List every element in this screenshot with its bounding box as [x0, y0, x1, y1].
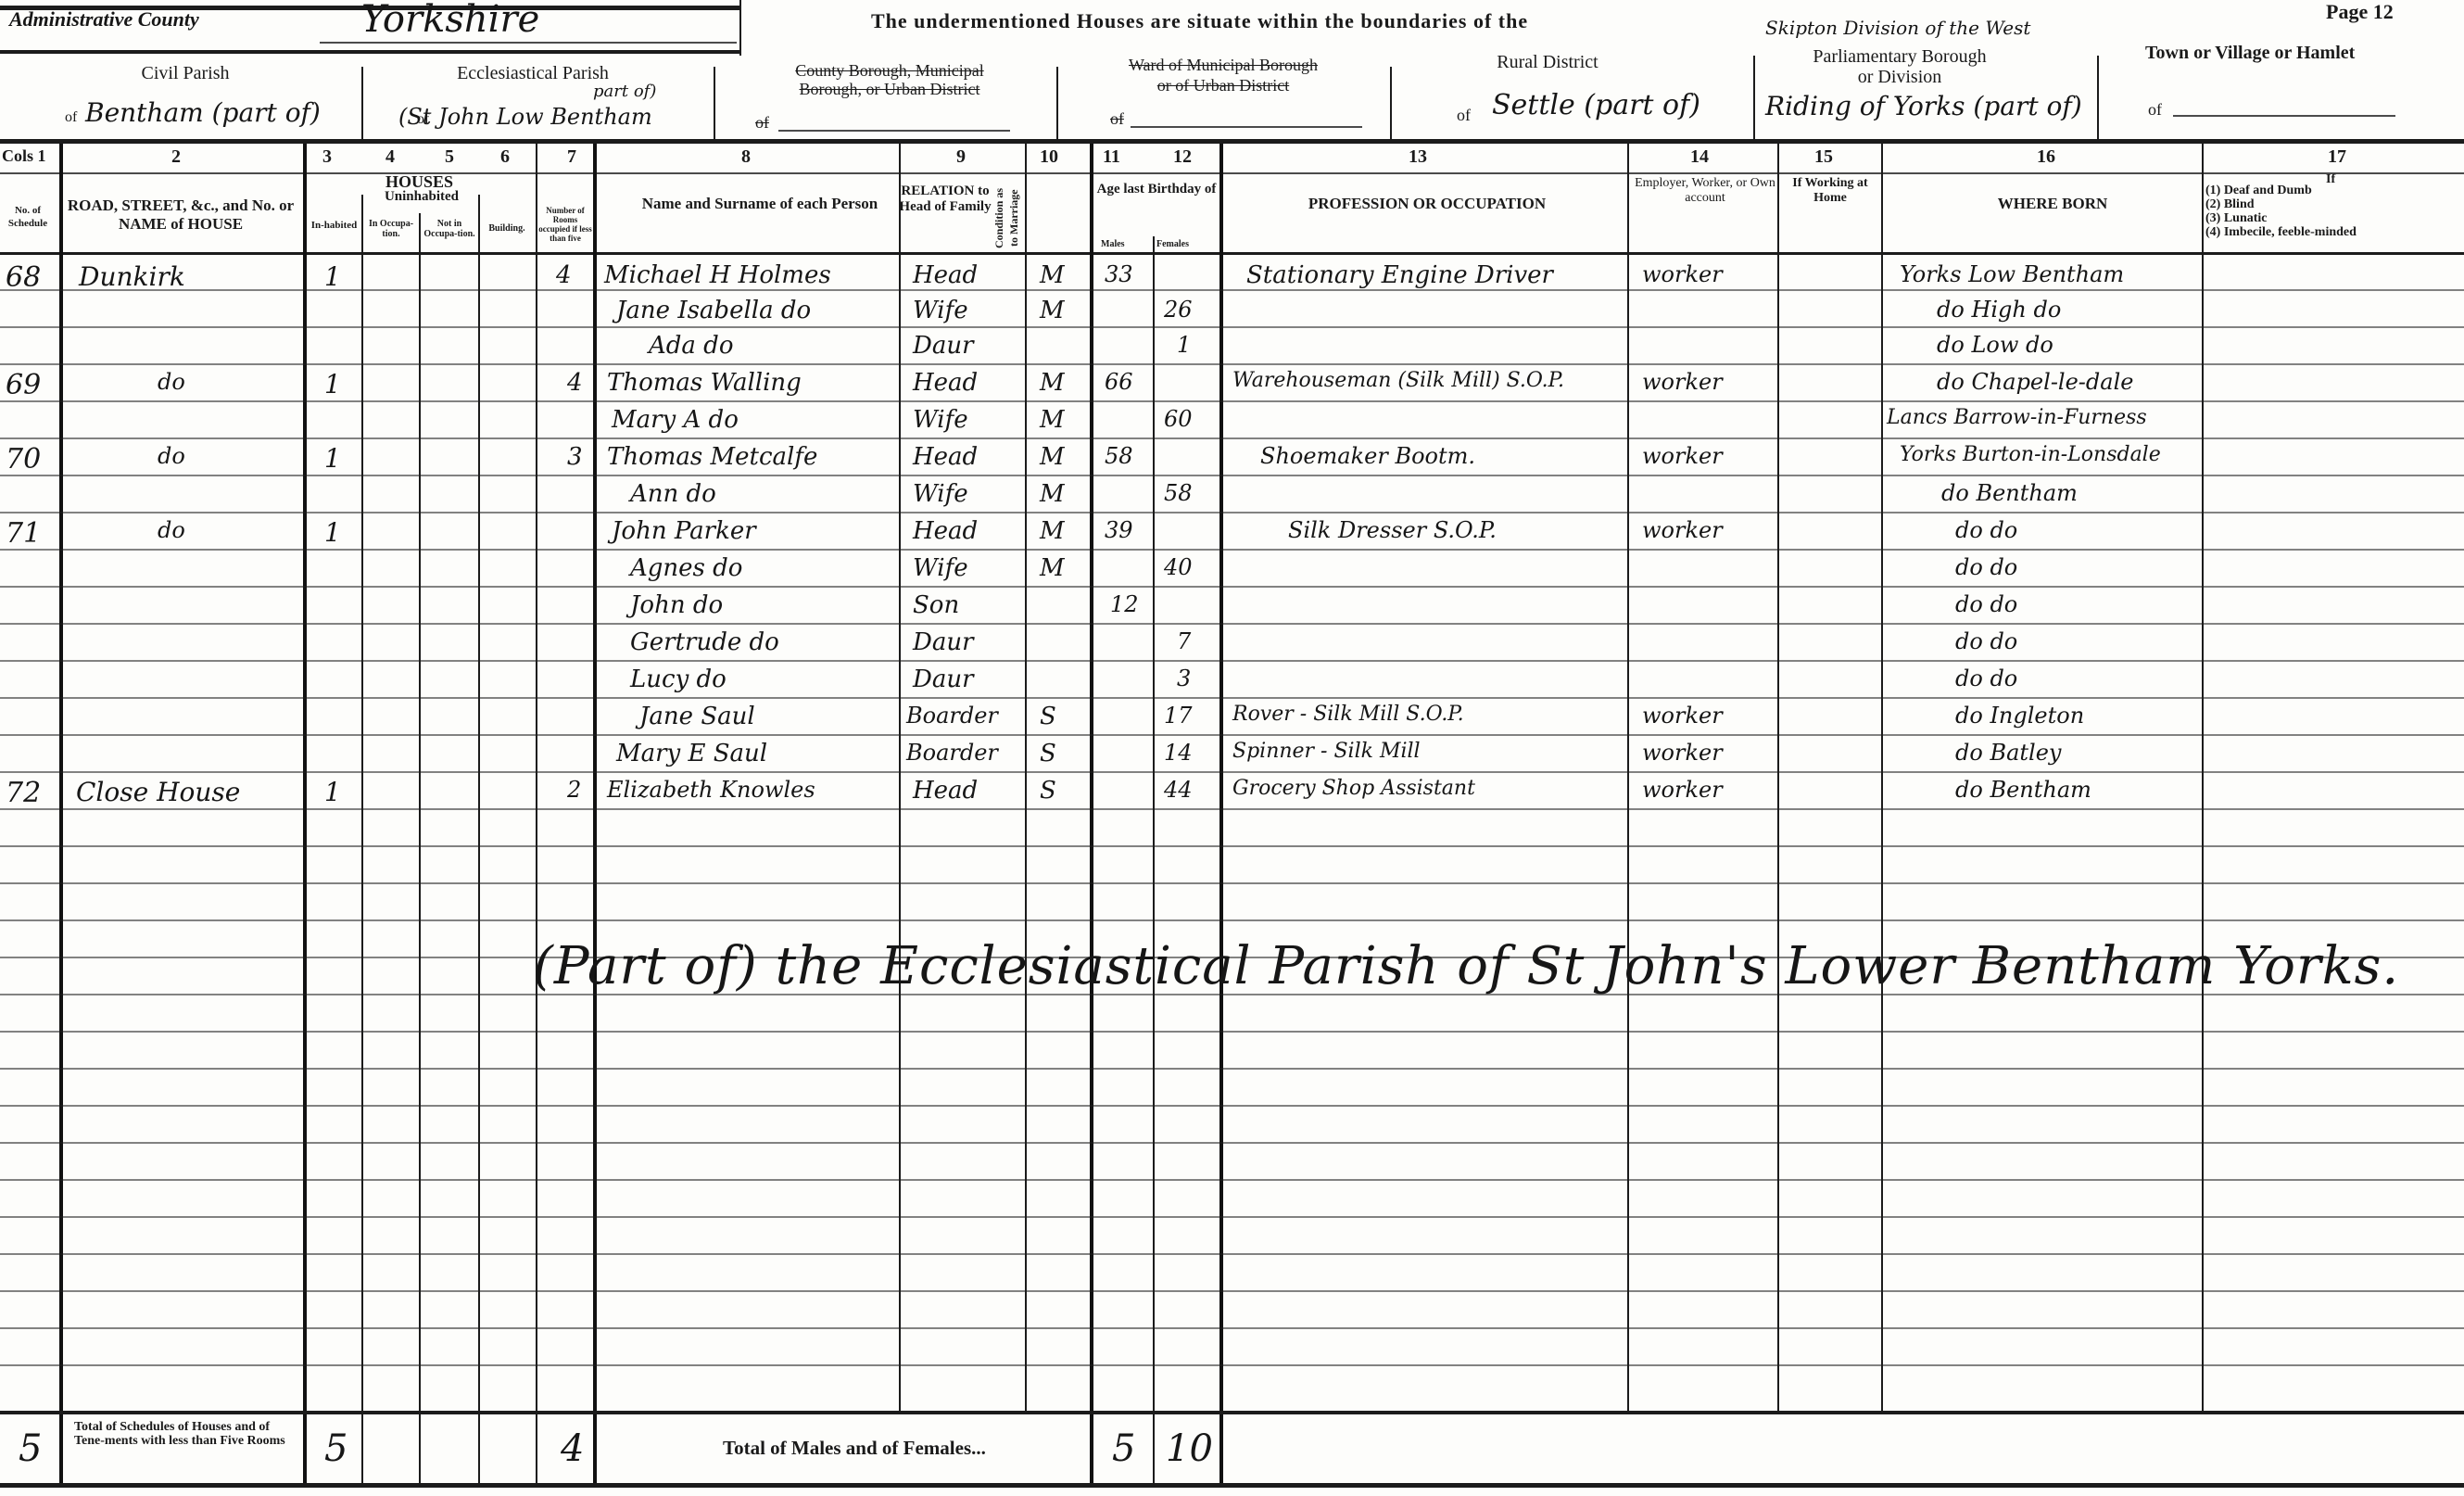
header-rooms: Number of Rooms occupied if less than fi… — [537, 206, 593, 243]
relation: Boarder — [906, 703, 998, 729]
schedule-number: 68 — [6, 261, 41, 294]
address: Dunkirk — [79, 261, 185, 292]
condition: M — [1040, 554, 1065, 582]
fill-line — [2173, 115, 2395, 117]
col-num: 5 — [445, 146, 454, 168]
occupation: Rover - Silk Mill S.O.P. — [1232, 703, 1464, 726]
of-label: of — [1457, 106, 1471, 125]
age-female: 60 — [1164, 406, 1193, 432]
birthplace: Yorks Burton-in-Lonsdale — [1900, 443, 2161, 466]
page-number: Page 12 — [2326, 0, 2394, 24]
col-num: Cols 1 — [2, 146, 46, 166]
col-num: 11 — [1103, 146, 1120, 168]
occupation: Warehouseman (Silk Mill) S.O.P. — [1232, 369, 1564, 392]
row-rule — [0, 1105, 2464, 1107]
person-name: Gertrude do — [630, 628, 779, 656]
birthplace: do do — [1955, 517, 2017, 543]
birthplace: do Bentham — [1941, 480, 2078, 506]
rooms-count: 2 — [567, 777, 581, 803]
row-rule — [0, 1068, 2464, 1070]
condition: M — [1040, 480, 1065, 508]
fill-line — [320, 42, 737, 44]
birthplace: do High do — [1937, 297, 2061, 323]
total-rooms: 4 — [561, 1427, 584, 1470]
birthplace: do do — [1955, 554, 2017, 580]
relation: Head — [913, 369, 978, 397]
header-infirmity-1: (1) Deaf and Dumb — [2205, 184, 2312, 197]
age-male: 66 — [1105, 369, 1133, 395]
row-rule — [0, 1142, 2464, 1144]
person-name: Michael H Holmes — [604, 261, 831, 289]
relation: Daur — [913, 666, 974, 693]
page-bottom-border — [0, 1483, 2464, 1488]
relation: Head — [913, 261, 978, 289]
of-label: of — [755, 113, 769, 133]
person-name: John Parker — [612, 517, 756, 545]
employer-status: worker — [1642, 777, 1723, 803]
row-rule — [0, 882, 2464, 884]
divider — [739, 0, 741, 56]
row-rule — [0, 363, 2464, 365]
address: do — [158, 369, 185, 395]
row-rule — [0, 289, 2464, 291]
relation: Head — [913, 443, 978, 471]
person-name: Ada do — [649, 332, 733, 360]
relation: Boarder — [906, 740, 998, 766]
person-name: Mary A do — [612, 406, 739, 434]
of-label: of — [2148, 100, 2162, 120]
header-infirmity-if: If — [2326, 172, 2335, 187]
address: do — [158, 443, 185, 469]
col-num: 10 — [1040, 146, 1058, 168]
occupation: Spinner - Silk Mill — [1232, 740, 1421, 763]
age-male: 12 — [1110, 591, 1139, 617]
rooms-count: 4 — [567, 369, 583, 397]
fill-line — [778, 130, 1010, 132]
row-rule — [0, 771, 2464, 773]
col-line — [59, 144, 63, 1488]
col-line — [899, 144, 901, 1414]
row-rule — [0, 697, 2464, 699]
inhabited-count: 1 — [324, 369, 341, 399]
birthplace: do Chapel-le-dale — [1937, 369, 2133, 395]
col-line — [2202, 144, 2204, 1414]
person-name: Agnes do — [630, 554, 742, 582]
col-num: 8 — [741, 146, 751, 168]
person-name: Jane Saul — [639, 703, 755, 730]
admin-county-value: Yorkshire — [361, 0, 539, 41]
col-num: 4 — [385, 146, 395, 168]
age-female: 1 — [1177, 332, 1191, 358]
header-infirmity-3: (3) Lunatic — [2205, 211, 2268, 225]
occupation: Stationary Engine Driver — [1246, 261, 1553, 289]
col-line — [1025, 144, 1027, 1414]
col-num: 16 — [2037, 146, 2055, 168]
header-working-home: If Working at Home — [1779, 176, 1881, 206]
col-line — [1090, 144, 1093, 1488]
employer-status: worker — [1642, 261, 1723, 287]
header-infirmity-4: (4) Imbecile, feeble-minded — [2205, 225, 2391, 239]
col-num: 3 — [322, 146, 332, 168]
admin-county-label: Administrative County — [9, 7, 199, 32]
col-num: 9 — [956, 146, 966, 168]
row-rule — [0, 512, 2464, 513]
divider — [714, 67, 715, 139]
parliamentary-note: Skipton Division of the West — [1765, 17, 2030, 39]
person-name: Thomas Metcalfe — [607, 443, 817, 471]
header-infirmity-2: (2) Blind — [2205, 197, 2255, 211]
age-female: 3 — [1177, 666, 1191, 691]
inhabited-count: 1 — [324, 777, 341, 807]
schedule-number: 69 — [6, 369, 41, 401]
col-line — [1153, 236, 1155, 1488]
row-rule — [0, 623, 2464, 625]
employer-status: worker — [1642, 369, 1723, 395]
col-line — [593, 144, 597, 1488]
relation: Head — [913, 777, 978, 805]
header-age: Age last Birthday of — [1092, 182, 1221, 197]
rooms-count: 3 — [567, 443, 583, 471]
col-num: 17 — [2328, 146, 2346, 168]
ward-label-2: or of Urban District — [1075, 76, 1371, 95]
row-rule — [0, 437, 2464, 439]
county-borough-label: County Borough, Municipal — [741, 61, 1038, 81]
person-name: Lucy do — [630, 666, 727, 693]
person-name: Elizabeth Knowles — [607, 777, 815, 803]
person-name: Jane Isabella do — [616, 297, 811, 324]
row-rule — [0, 400, 2464, 402]
rooms-count: 4 — [556, 261, 572, 289]
condition: M — [1040, 517, 1065, 545]
col-num: 7 — [567, 146, 576, 168]
age-female: 17 — [1164, 703, 1193, 729]
relation: Wife — [913, 297, 968, 324]
schedule-number: 72 — [6, 777, 41, 809]
age-male: 58 — [1105, 443, 1133, 469]
header-where-born: WHERE BORN — [1881, 195, 2224, 213]
column-header-bottom — [0, 252, 2464, 255]
header-condition: Condition as to Marriage — [992, 185, 1055, 250]
col-num: 15 — [1814, 146, 1833, 168]
condition: M — [1040, 369, 1065, 397]
col-line — [1627, 144, 1629, 1414]
header-uninhabited: Uninhabited — [361, 189, 482, 205]
birthplace: do do — [1955, 666, 2017, 691]
divider — [1056, 67, 1058, 139]
header-females: Females — [1156, 239, 1189, 249]
col-num: 13 — [1409, 146, 1427, 168]
header-inhabited: In-habited — [309, 219, 360, 232]
relation: Daur — [913, 332, 974, 360]
age-female: 7 — [1177, 628, 1191, 654]
birthplace: do Ingleton — [1955, 703, 2084, 729]
ward-label: Ward of Municipal Borough — [1075, 56, 1371, 75]
birthplace: Yorks Low Bentham — [1900, 261, 2124, 287]
row-rule — [0, 1216, 2464, 1218]
employer-status: worker — [1642, 517, 1723, 543]
ecclesiastical-parish-value: (St John Low Bentham — [398, 104, 652, 130]
age-male: 39 — [1105, 517, 1133, 543]
col-num: 12 — [1173, 146, 1192, 168]
row-rule — [0, 660, 2464, 662]
condition: S — [1040, 740, 1056, 767]
relation: Son — [913, 591, 959, 619]
person-name: Mary E Saul — [616, 740, 767, 767]
employer-status: worker — [1642, 703, 1723, 729]
person-name: Thomas Walling — [607, 369, 802, 397]
rural-district-label: Rural District — [1446, 52, 1649, 73]
header-males: Males — [1101, 239, 1125, 249]
fill-line — [1131, 126, 1362, 128]
header-name: Name and Surname of each Person — [612, 195, 908, 213]
col-line — [1219, 144, 1223, 1488]
person-name: John do — [630, 591, 723, 619]
total-houses-label: Total of Schedules of Houses and of Tene… — [74, 1420, 297, 1448]
row-rule — [0, 845, 2464, 847]
total-inhabited: 5 — [324, 1427, 347, 1470]
civil-parish-label: Civil Parish — [56, 63, 315, 84]
age-female: 40 — [1164, 554, 1193, 580]
col-line — [419, 213, 421, 1488]
age-female: 26 — [1164, 297, 1193, 323]
birthplace: Lancs Barrow-in-Furness — [1887, 406, 2147, 429]
ecclesiastical-parish-note: part of) — [593, 82, 656, 101]
header-relation: RELATION to Head of Family — [899, 184, 992, 215]
header-in-occupation: In Occupa-tion. — [363, 219, 419, 239]
relation: Wife — [913, 554, 968, 582]
row-rule — [0, 1179, 2464, 1181]
inhabited-count: 1 — [324, 517, 341, 548]
col-line — [536, 144, 537, 1488]
civil-parish-value: Bentham (part of) — [85, 97, 321, 128]
row-rule — [0, 1031, 2464, 1033]
condition: S — [1040, 703, 1056, 730]
header-employer: Employer, Worker, or Own account — [1631, 176, 1779, 206]
of-label: of — [1110, 109, 1124, 129]
divider — [361, 67, 363, 139]
schedule-number: 71 — [6, 517, 41, 550]
row-rule — [0, 1253, 2464, 1255]
col-line — [303, 144, 307, 1488]
occupation: Silk Dresser S.O.P. — [1288, 517, 1497, 543]
row-rule — [0, 1290, 2464, 1292]
relation: Wife — [913, 406, 968, 434]
parliamentary-value: Riding of Yorks (part of) — [1765, 91, 2082, 121]
relation: Head — [913, 517, 978, 545]
header-occupation: PROFESSION OR OCCUPATION — [1223, 195, 1631, 213]
age-female: 44 — [1164, 777, 1193, 803]
birthplace: do do — [1955, 591, 2017, 617]
rural-district-value: Settle (part of) — [1492, 89, 1700, 121]
parliamentary-label: Parliamentary Borough — [1761, 46, 2039, 68]
row-rule — [0, 808, 2464, 810]
relation: Daur — [913, 628, 974, 656]
condition: M — [1040, 443, 1065, 471]
condition: S — [1040, 777, 1056, 805]
row-rule — [0, 475, 2464, 476]
total-males: 5 — [1112, 1427, 1135, 1470]
col-num: 6 — [500, 146, 510, 168]
col-line — [1881, 144, 1883, 1414]
inhabited-count: 1 — [324, 443, 341, 474]
birthplace: do do — [1955, 628, 2017, 654]
header-road: ROAD, STREET, &c., and No. or NAME of HO… — [65, 197, 297, 234]
birthplace: do Batley — [1955, 740, 2061, 766]
intro-text: The undermentioned Houses are situate wi… — [871, 9, 1528, 33]
county-borough-label-2: Borough, or Urban District — [741, 80, 1038, 99]
census-page: Administrative County Yorkshire The unde… — [0, 0, 2464, 1496]
age-female: 14 — [1164, 740, 1193, 766]
row-rule — [0, 549, 2464, 551]
condition: M — [1040, 406, 1065, 434]
condition: M — [1040, 297, 1065, 324]
header-bottom-border — [0, 139, 2464, 144]
parliamentary-label-2: or Division — [1761, 67, 2039, 88]
address: do — [158, 517, 185, 543]
total-schedules: 5 — [19, 1427, 42, 1470]
col-line — [478, 195, 480, 1488]
col-line — [1777, 144, 1779, 1414]
divider — [1753, 56, 1755, 139]
town-label: Town or Village or Hamlet — [2145, 43, 2355, 64]
employer-status: worker — [1642, 740, 1723, 766]
col-line — [361, 195, 363, 1488]
header-schedule: No. of Schedule — [0, 204, 56, 230]
address: Close House — [76, 777, 240, 807]
divider — [1390, 67, 1392, 139]
person-name: Ann do — [630, 480, 716, 508]
of-label: of — [65, 109, 77, 126]
divider — [0, 50, 741, 54]
relation: Wife — [913, 480, 968, 508]
divider — [2097, 56, 2099, 139]
row-rule — [0, 1364, 2464, 1366]
header-building: Building. — [480, 222, 534, 235]
header-not-in-occupation: Not in Occupa-tion. — [422, 219, 477, 239]
inhabited-count: 1 — [324, 261, 341, 292]
employer-status: worker — [1642, 443, 1723, 469]
total-females: 10 — [1166, 1427, 1213, 1470]
occupation: Grocery Shop Assistant — [1232, 777, 1475, 800]
totals-top-border — [0, 1411, 2464, 1414]
total-persons-label: Total of Males and of Females... — [723, 1437, 986, 1460]
age-female: 58 — [1164, 480, 1193, 506]
row-rule — [0, 586, 2464, 588]
row-rule — [0, 734, 2464, 736]
ecclesiastical-annotation: (Part of) the Ecclesiastical Parish of S… — [533, 936, 2399, 996]
age-male: 33 — [1105, 261, 1133, 287]
birthplace: do Low do — [1937, 332, 2053, 358]
row-rule — [0, 326, 2464, 328]
birthplace: do Bentham — [1955, 777, 2091, 803]
schedule-number: 70 — [6, 443, 41, 475]
occupation: Shoemaker Bootm. — [1260, 443, 1475, 469]
col-num: 14 — [1690, 146, 1709, 168]
col-num: 2 — [171, 146, 181, 168]
row-rule — [0, 1327, 2464, 1329]
row-rule — [0, 919, 2464, 921]
condition: M — [1040, 261, 1065, 289]
